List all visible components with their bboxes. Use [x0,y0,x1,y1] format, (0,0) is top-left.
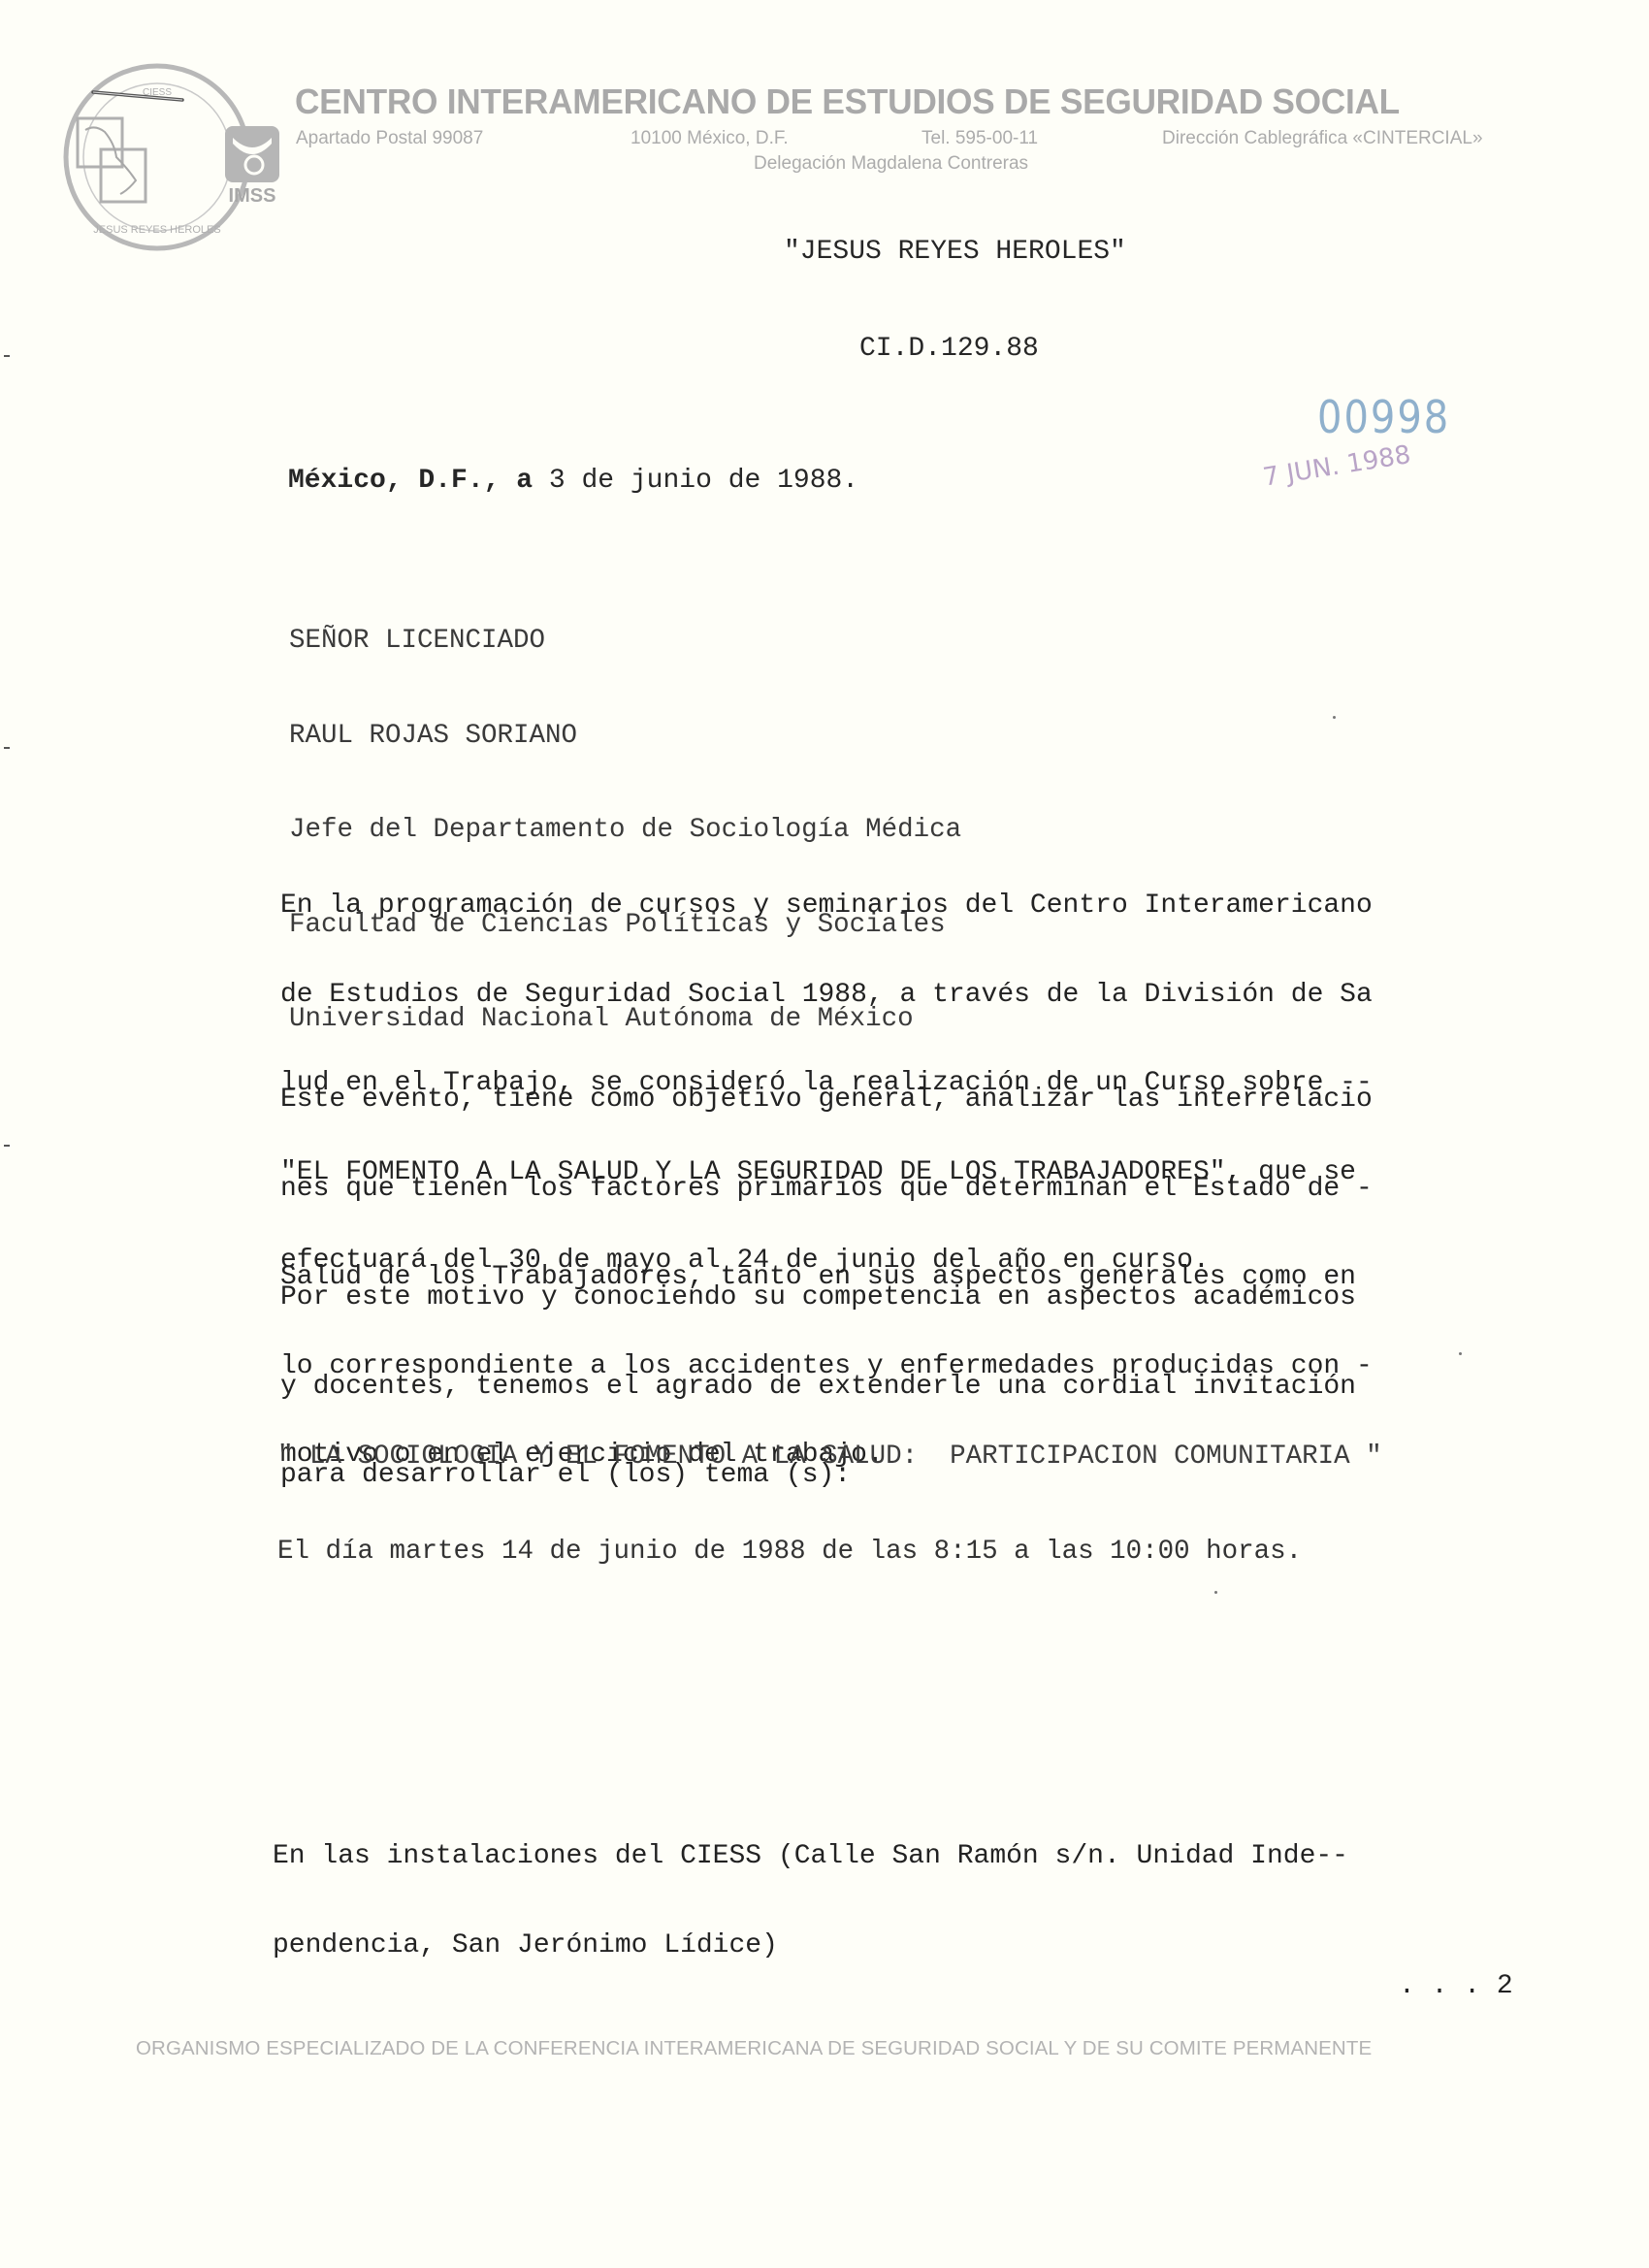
scan-mark [4,1145,10,1147]
imss-logo: IMSS [219,124,285,206]
svg-text:IMSS: IMSS [229,185,276,206]
text-line: de Estudios de Seguridad Social 1988, a … [280,981,1373,1011]
staple [89,89,186,103]
paragraph-invitation: Por este motivo y conociendo su competen… [280,1224,1356,1520]
scan-mark [4,747,10,749]
date-place: México, D.F., a [288,466,533,496]
text-line: Por este motivo y conociendo su competen… [280,1283,1356,1313]
honoree-title: "JESUS REYES HEROLES" [784,237,1126,267]
received-date-stamp: 7 JUN. 1988 [1261,440,1412,493]
delegation: Delegación Magdalena Contreras [754,153,1028,175]
postal-box: Apartado Postal 99087 [296,128,483,149]
lecture-topic: " LA SOCIOLOGIA Y EL FOMENTO A LA SALUD:… [277,1442,1382,1472]
city-line: 10100 México, D.F. [630,128,789,149]
recipient-line: SEÑOR LICENCIADO [289,626,961,658]
cable-address: Dirección Cablegráfica «CINTERCIAL» [1162,128,1483,149]
lecture-schedule: El día martes 14 de junio de 1988 de las… [277,1537,1302,1567]
text-line: nes que tienen los factores primarios qu… [280,1175,1373,1205]
telephone: Tel. 595-00-11 [921,128,1038,149]
ink-speck [1214,1591,1217,1594]
text-line: Este evento, tiene como objetivo general… [280,1085,1373,1116]
text-line: En la programación de cursos y seminario… [280,891,1373,922]
text-line: pendencia, San Jerónimo Lídice) [273,1931,1348,1961]
scan-mark [4,355,10,357]
institution-name: CENTRO INTERAMERICANO DE ESTUDIOS DE SEG… [295,81,1400,122]
date-line: México, D.F., a 3 de junio de 1988. [288,466,858,496]
recipient-line: RAUL ROJAS SORIANO [289,721,961,753]
lecture-location: En las instalaciones del CIESS (Calle Sa… [273,1783,1348,1991]
text-line: y docentes, tenemos el agrado de extende… [280,1373,1356,1403]
reference-number: CI.D.129.88 [859,334,1039,364]
ink-speck [1333,716,1336,719]
svg-text:JESUS REYES HEROLES: JESUS REYES HEROLES [93,224,220,236]
letter-date: 3 de junio de 1988. [549,466,858,496]
text-line: En las instalaciones del CIESS (Calle Sa… [273,1842,1348,1872]
registry-stamp-number: 00998 [1317,393,1450,444]
footer-organization: ORGANISMO ESPECIALIZADO DE LA CONFERENCI… [136,2037,1372,2060]
page-continuation: . . . 2 [1399,1971,1513,2001]
ink-speck [1459,1352,1462,1355]
